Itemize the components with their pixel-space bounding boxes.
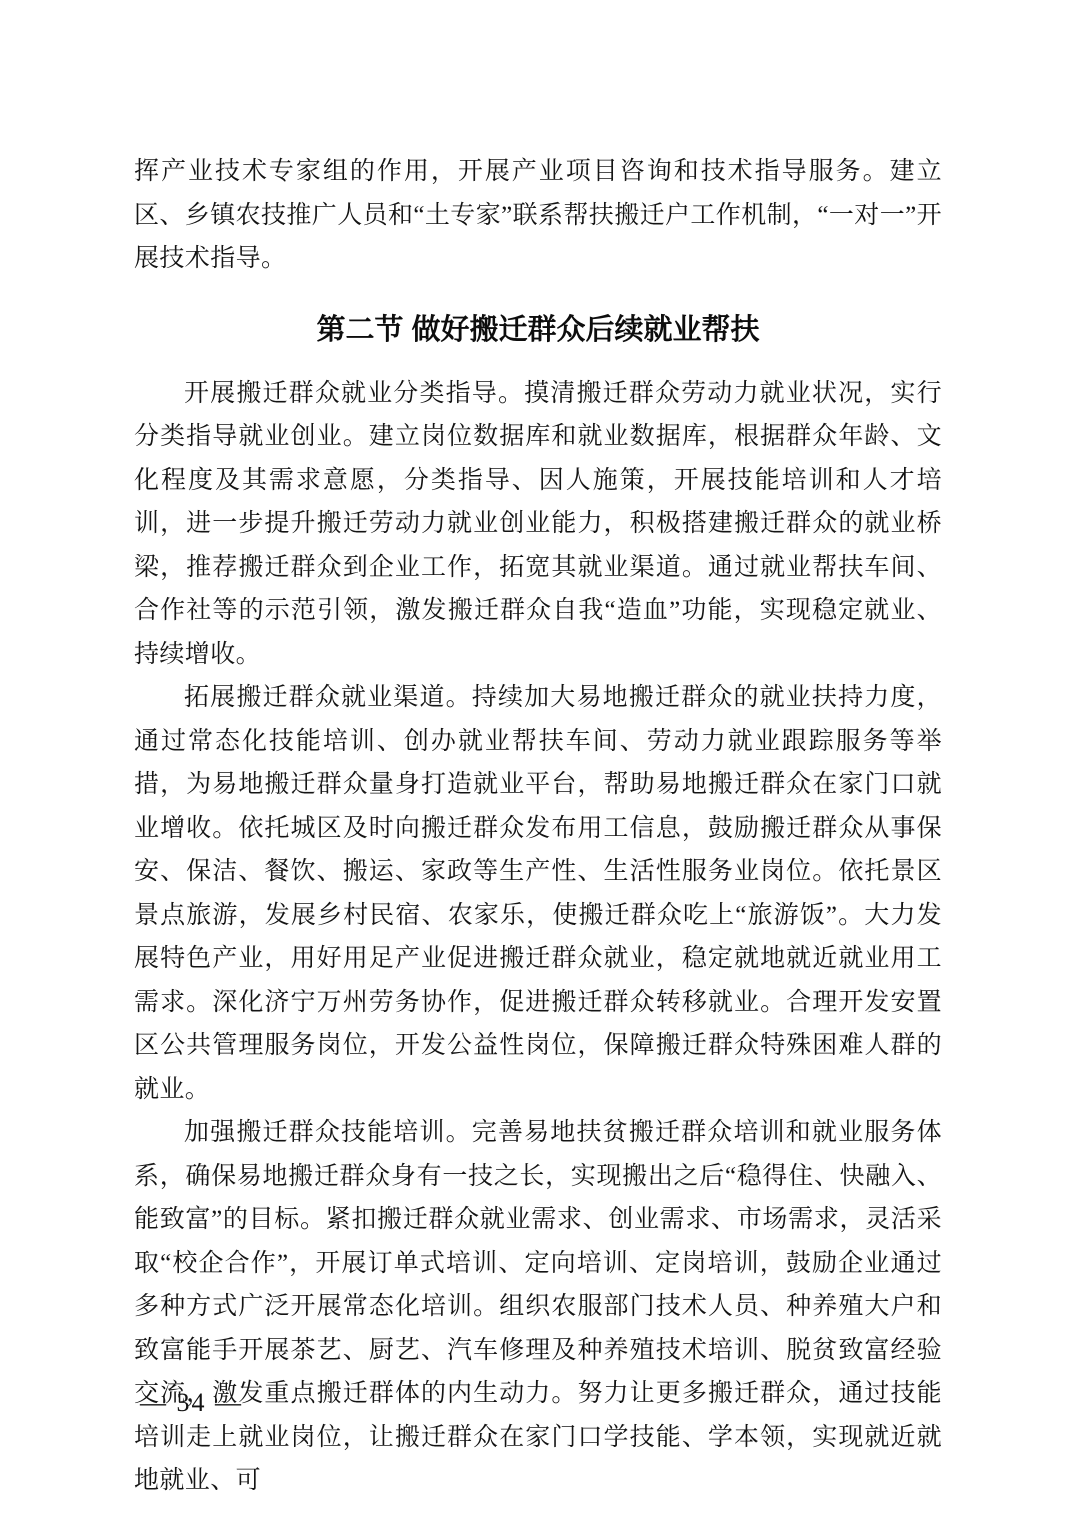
continuation-paragraph: 挥产业技术专家组的作用，开展产业项目咨询和技术指导服务。建立区、乡镇农技推广人员… bbox=[134, 150, 942, 281]
paragraph-employment-guidance: 开展搬迁群众就业分类指导。摸清搬迁群众劳动力就业状况，实行分类指导就业创业。建立… bbox=[134, 372, 942, 677]
paragraph-employment-channels: 拓展搬迁群众就业渠道。持续加大易地搬迁群众的就业扶持力度，通过常态化技能培训、创… bbox=[134, 676, 942, 1111]
section-heading: 第二节 做好搬迁群众后续就业帮扶 bbox=[134, 308, 942, 352]
page-content: 挥产业技术专家组的作用，开展产业项目咨询和技术指导服务。建立区、乡镇农技推广人员… bbox=[134, 150, 942, 1503]
page-number: — 34 — bbox=[140, 1388, 243, 1418]
paragraph-skills-training: 加强搬迁群众技能培训。完善易地扶贫搬迁群众培训和就业服务体系，确保易地搬迁群众身… bbox=[134, 1111, 942, 1503]
document-page: 挥产业技术专家组的作用，开展产业项目咨询和技术指导服务。建立区、乡镇农技推广人员… bbox=[0, 0, 1074, 1520]
